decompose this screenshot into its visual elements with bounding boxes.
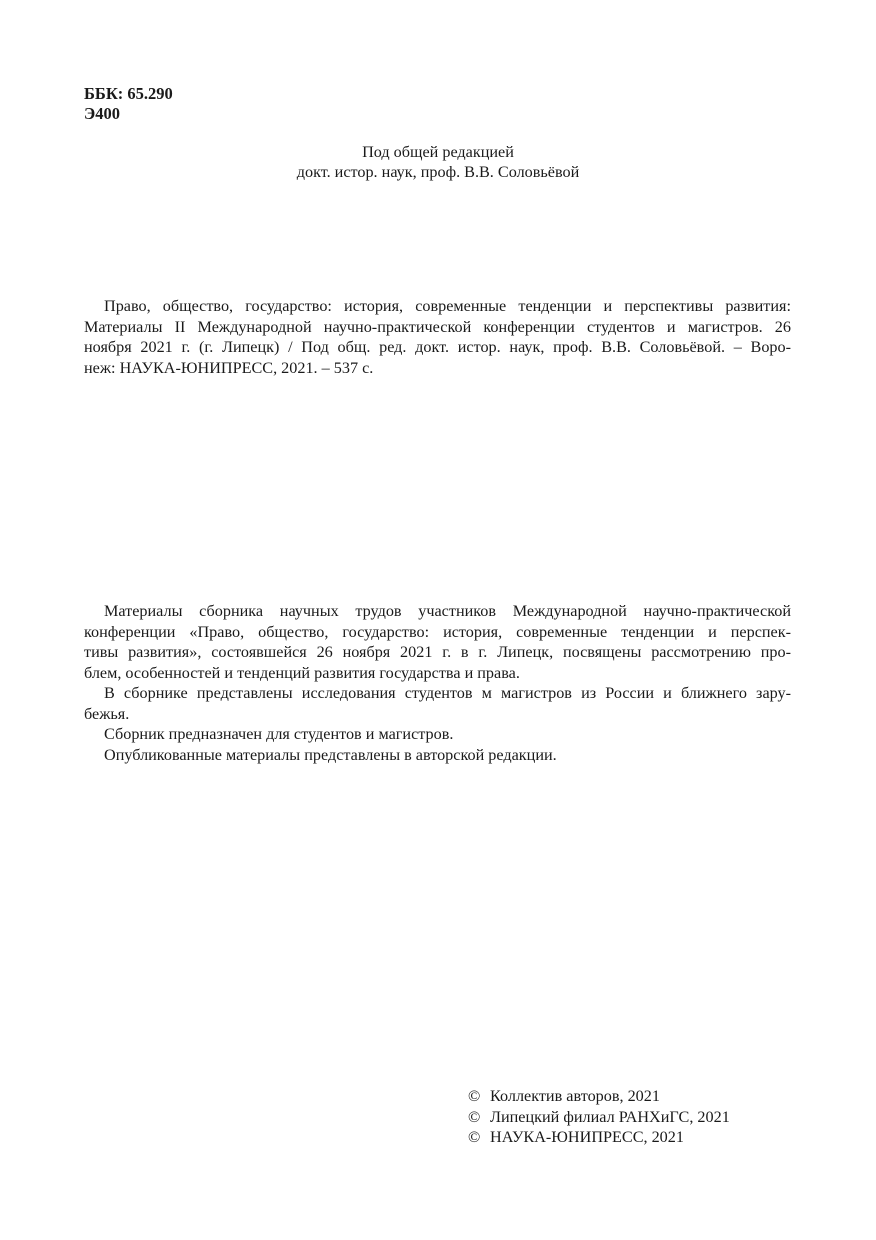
editor-credit: Под общей редакцией докт. истор. наук, п… [0, 142, 876, 182]
text-line: неж: НАУКА-ЮНИПРЕСС, 2021. – 537 с. [84, 358, 791, 379]
bibliographic-record: Право, общество, государство: история, с… [84, 296, 791, 378]
copyright-holder: НАУКА-ЮНИПРЕСС, 2021 [490, 1128, 684, 1146]
text-line: Материалы II Международной научно-практи… [84, 317, 791, 338]
classification-codes: ББК: 65.290 Э400 [84, 84, 173, 124]
text-line: Опубликованные материалы представлены в … [84, 745, 791, 766]
copyright-holder: Липецкий филиал РАНХиГС, 2021 [490, 1108, 730, 1126]
copyright-icon: © [468, 1107, 490, 1128]
text-line: конференции «Право, общество, государств… [84, 622, 791, 643]
annotation: Материалы сборника научных трудов участн… [84, 601, 791, 765]
editor-name: докт. истор. наук, проф. В.В. Соловьёвой [0, 162, 876, 182]
copyright-holder: Коллектив авторов, 2021 [490, 1087, 660, 1105]
text-line: Право, общество, государство: история, с… [84, 296, 791, 317]
text-line: В сборнике представлены исследования сту… [84, 683, 791, 704]
text-line: блем, особенностей и тенденций развития … [84, 663, 791, 684]
text-line: Материалы сборника научных трудов участн… [84, 601, 791, 622]
copyright-item: ©Липецкий филиал РАНХиГС, 2021 [468, 1107, 730, 1128]
copyright-item: ©НАУКА-ЮНИПРЕСС, 2021 [468, 1127, 730, 1148]
copyright-notices: ©Коллектив авторов, 2021 ©Липецкий филиа… [468, 1086, 730, 1148]
text-line: тивы развития», состоявшейся 26 ноября 2… [84, 642, 791, 663]
text-line: Сборник предназначен для студентов и маг… [84, 724, 791, 745]
copyright-item: ©Коллектив авторов, 2021 [468, 1086, 730, 1107]
editor-label: Под общей редакцией [0, 142, 876, 162]
author-sign-code: Э400 [84, 104, 173, 124]
bbk-code: ББК: 65.290 [84, 84, 173, 104]
text-line: бежья. [84, 704, 791, 725]
text-line: ноября 2021 г. (г. Липецк) / Под общ. ре… [84, 337, 791, 358]
copyright-icon: © [468, 1127, 490, 1148]
copyright-icon: © [468, 1086, 490, 1107]
